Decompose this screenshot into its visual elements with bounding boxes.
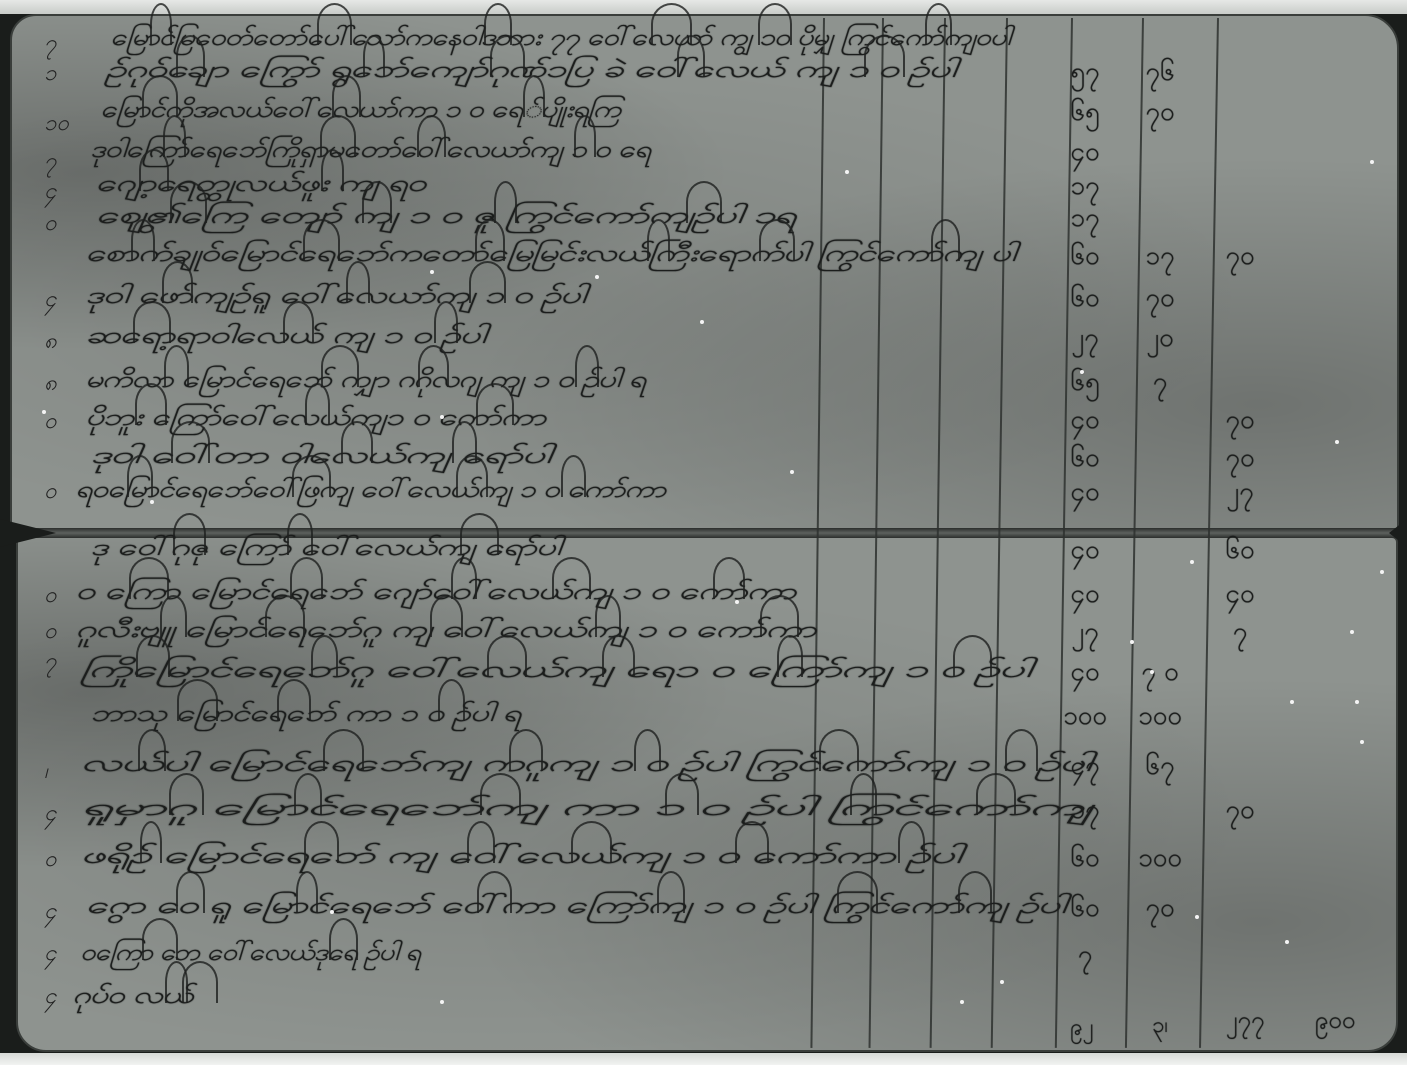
script-loop-stroke bbox=[665, 773, 699, 815]
script-loop-stroke bbox=[647, 219, 670, 261]
script-loop-stroke bbox=[898, 821, 925, 863]
ledger-entry: ဝကြော ဘေ ဝေါ်လေယ်ဒုရေ ဉ်ပါ ရ bbox=[80, 938, 420, 972]
script-loop-stroke bbox=[574, 115, 596, 157]
script-loop-stroke bbox=[430, 595, 463, 637]
script-loop-stroke bbox=[277, 679, 311, 721]
script-loop-stroke bbox=[976, 773, 1016, 815]
entry-amount-col1: ၆၀ bbox=[1055, 280, 1115, 319]
ledger-entry: ဘာသု မြောင်ရေ၁ော် ကာ ၁ ၀ ဉ်ပါ ရ bbox=[90, 699, 520, 733]
entry-amount-col2: ၇၀ bbox=[1130, 94, 1190, 133]
dust-speck bbox=[1355, 700, 1359, 704]
entry-amount-col1: ၄၀ bbox=[1055, 474, 1115, 513]
entry-amount-col3: ၂၇ bbox=[1210, 474, 1270, 513]
script-loop-stroke bbox=[657, 871, 685, 913]
photo-bottom-edge bbox=[0, 1053, 1407, 1065]
entry-handwritten-text: ကြိုမြောင်ရေ၁ော်ဂူ ဝေါ်လေယ်ကျ ရေ၁ ၀ ကြော… bbox=[80, 655, 1030, 689]
entry-amount-col3: ၇၀ bbox=[1210, 238, 1270, 277]
entry-handwritten-text: ဝကြော ဘေ ဝေါ်လေယ်ဒုရေ ဉ်ပါ ရ bbox=[80, 938, 420, 972]
dust-speck bbox=[330, 910, 334, 914]
right-notch bbox=[1389, 519, 1407, 547]
script-loop-stroke bbox=[509, 729, 543, 771]
script-loop-stroke bbox=[290, 557, 323, 599]
entry-handwritten-text: ဂွော ဝေ ရူ မြောင်ရေ၁ော် ဝေါ်ကာ ကြော်ကျ ၁… bbox=[85, 891, 1065, 925]
dust-speck bbox=[1285, 940, 1289, 944]
script-loop-stroke bbox=[456, 455, 488, 497]
margin-mark: ၊ bbox=[44, 756, 47, 789]
script-loop-stroke bbox=[296, 871, 318, 913]
script-loop-stroke bbox=[139, 149, 169, 191]
script-loop-stroke bbox=[182, 961, 218, 1003]
script-loop-stroke bbox=[523, 75, 545, 117]
script-loop-stroke bbox=[136, 635, 170, 677]
script-loop-stroke bbox=[434, 301, 458, 343]
script-loop-stroke bbox=[150, 3, 172, 45]
dust-speck bbox=[595, 275, 599, 279]
margin-mark: ၄ bbox=[44, 284, 56, 317]
script-loop-stroke bbox=[131, 219, 155, 261]
script-loop-stroke bbox=[176, 35, 205, 77]
dust-speck bbox=[1380, 570, 1384, 574]
entry-amount-col3: ၄၀ bbox=[1210, 576, 1270, 615]
entry-amount-col2: ၆၇ bbox=[1130, 748, 1190, 787]
dust-speck bbox=[1080, 370, 1084, 374]
script-loop-stroke bbox=[634, 729, 661, 771]
ledger-entry: ကြိုမြောင်ရေ၁ော်ဂူ ဝေါ်လေယ်ကျ ရေ၁ ၀ ကြော… bbox=[80, 655, 1030, 689]
script-loop-stroke bbox=[487, 635, 527, 677]
entry-amount-col1: ၁၀၀ bbox=[1055, 698, 1115, 737]
script-loop-stroke bbox=[735, 821, 769, 863]
total-col3: ၂၇၇ bbox=[1205, 1004, 1285, 1040]
script-loop-stroke bbox=[819, 729, 859, 771]
ledger-entry: ဂူလီးဗျူ မြောင်ရေ၁ော်ဂူ ကျ ဝေါ်လေယ်ကျ ၁ … bbox=[75, 615, 815, 649]
script-loop-stroke bbox=[305, 383, 330, 425]
entry-handwritten-text: ဖရိုဥ် မြောင်ရေ၁ော် ကျ ဝေါ်လေယ်ကျ ၁ ၀ ကေ… bbox=[80, 841, 960, 875]
dust-speck bbox=[150, 500, 154, 504]
script-loop-stroke bbox=[490, 35, 525, 77]
script-loop-stroke bbox=[953, 635, 992, 677]
entry-amount-col1: ၁၇ bbox=[1055, 200, 1115, 239]
entry-amount-col1: ၆၅ bbox=[1055, 364, 1115, 403]
ledger-entry: ဂွော ဝေ ရူ မြောင်ရေ၁ော် ဝေါ်ကာ ကြော်ကျ ၁… bbox=[85, 891, 1065, 925]
margin-mark: ၇ bbox=[44, 146, 56, 179]
script-loop-stroke bbox=[418, 345, 449, 387]
script-loop-stroke bbox=[480, 773, 521, 815]
entry-amount-col2: ၇၀ bbox=[1130, 890, 1190, 929]
script-loop-stroke bbox=[451, 557, 477, 599]
margin-mark: ၄ bbox=[44, 981, 56, 1014]
margin-mark: ၄ bbox=[44, 176, 56, 209]
dust-speck bbox=[735, 600, 739, 604]
dust-speck bbox=[1335, 440, 1339, 444]
script-loop-stroke bbox=[323, 729, 364, 771]
script-loop-stroke bbox=[287, 513, 313, 555]
entry-amount-col2: ၇၀ bbox=[1130, 280, 1190, 319]
entry-amount-col1: ၆၅ bbox=[1055, 94, 1115, 133]
entry-amount-col1: ၆၀ bbox=[1055, 840, 1115, 879]
script-loop-stroke bbox=[169, 773, 204, 815]
script-loop-stroke bbox=[329, 918, 358, 960]
dust-speck bbox=[1150, 670, 1154, 674]
script-loop-stroke bbox=[304, 821, 339, 863]
script-loop-stroke bbox=[164, 345, 189, 387]
script-loop-stroke bbox=[135, 383, 167, 425]
entry-amount-col1: ၅၇ bbox=[1055, 54, 1115, 93]
script-loop-stroke bbox=[317, 3, 352, 45]
script-loop-stroke bbox=[1005, 729, 1038, 771]
entry-amount-col2: ၇၆ bbox=[1130, 54, 1190, 93]
entry-amount-col2: ၁၇ bbox=[1130, 238, 1190, 277]
script-loop-stroke bbox=[140, 821, 162, 863]
script-loop-stroke bbox=[925, 3, 952, 45]
script-loop-stroke bbox=[129, 557, 169, 599]
script-loop-stroke bbox=[142, 75, 178, 117]
entry-amount-col2: ၇ ၀ bbox=[1130, 654, 1190, 693]
script-loop-stroke bbox=[162, 261, 193, 303]
dust-speck bbox=[440, 415, 444, 419]
entry-amount-col2: ၇ bbox=[1130, 364, 1190, 403]
script-loop-stroke bbox=[931, 219, 960, 261]
script-loop-stroke bbox=[595, 595, 621, 637]
entry-amount-col1: ၇ bbox=[1055, 937, 1115, 976]
entry-amount-col1: ၄၀ bbox=[1055, 402, 1115, 441]
dust-speck bbox=[1195, 915, 1199, 919]
margin-mark: ၀ bbox=[44, 580, 56, 613]
margin-mark: ၁ bbox=[44, 58, 56, 91]
ledger-entry: မကိလာ မြောင်ရေ၁ော် ကျှာ ဂဂိုလဂျ ကျ ၁ ၀ ဉ… bbox=[85, 365, 645, 399]
script-loop-stroke bbox=[332, 75, 361, 117]
script-loop-stroke bbox=[850, 773, 877, 815]
dust-speck bbox=[430, 270, 434, 274]
script-loop-stroke bbox=[341, 421, 373, 463]
script-loop-stroke bbox=[133, 301, 171, 343]
script-loop-stroke bbox=[292, 455, 331, 497]
entry-amount-col1: ၂၇ bbox=[1055, 320, 1115, 359]
script-loop-stroke bbox=[958, 871, 992, 913]
script-loop-stroke bbox=[438, 679, 465, 721]
dust-speck bbox=[1190, 560, 1194, 564]
entry-amount-col1: ၄၀ bbox=[1055, 532, 1115, 571]
script-loop-stroke bbox=[321, 149, 344, 191]
script-loop-stroke bbox=[758, 3, 792, 45]
margin-mark: ၇ bbox=[44, 28, 56, 61]
left-notch bbox=[0, 519, 56, 547]
dust-speck bbox=[440, 1000, 444, 1004]
script-loop-stroke bbox=[571, 821, 612, 863]
script-loop-stroke bbox=[311, 635, 338, 677]
entry-amount-col1: ၄၀ bbox=[1055, 654, 1115, 693]
entry-handwritten-text: စောက်ချုဝ်မြောင်ရေ၁ော်ကတော်မြေမြင်းလယ်ကြ… bbox=[85, 239, 1015, 273]
margin-mark: ၀ bbox=[44, 844, 56, 877]
entry-amount-col3: ၆၀ bbox=[1210, 532, 1270, 571]
entry-amount-col1: ၆၀ bbox=[1055, 238, 1115, 277]
dust-speck bbox=[1290, 700, 1294, 704]
ledger-entry: ရဝမြောင်ရေ၁ော်ဝေါ်ဖြကျ ဝေါ်လေယ်ကျ ၁ ၀ ကေ… bbox=[75, 475, 665, 509]
script-loop-stroke bbox=[469, 261, 506, 303]
script-loop-stroke bbox=[552, 557, 591, 599]
script-loop-stroke bbox=[265, 595, 305, 637]
dust-speck bbox=[1360, 740, 1364, 744]
ledger-entry: ဂုပ်ဝ လယ် bbox=[72, 981, 192, 1015]
margin-mark: ၀ bbox=[44, 208, 56, 241]
margin-mark: ၀ bbox=[44, 616, 56, 649]
script-loop-stroke bbox=[476, 383, 514, 425]
script-loop-stroke bbox=[686, 181, 722, 223]
script-loop-stroke bbox=[321, 345, 359, 387]
script-loop-stroke bbox=[163, 115, 186, 157]
entry-amount-col3: ၇၀ bbox=[1210, 792, 1270, 831]
script-loop-stroke bbox=[837, 871, 878, 913]
script-loop-stroke bbox=[864, 35, 905, 77]
script-loop-stroke bbox=[467, 821, 495, 863]
photo-top-edge bbox=[0, 0, 1407, 14]
total-col4: ၉၀၀ bbox=[1295, 1004, 1375, 1040]
margin-mark: ၄ bbox=[44, 798, 56, 831]
script-loop-stroke bbox=[460, 513, 499, 555]
script-loop-stroke bbox=[173, 513, 206, 555]
dust-speck bbox=[790, 470, 794, 474]
script-loop-stroke bbox=[760, 595, 799, 637]
margin-mark: ၇ bbox=[44, 646, 56, 679]
entry-amount-col1: ၄၀ bbox=[1055, 576, 1115, 615]
script-loop-stroke bbox=[494, 181, 517, 223]
script-loop-stroke bbox=[417, 115, 446, 157]
dust-speck bbox=[1000, 980, 1004, 984]
script-loop-stroke bbox=[777, 635, 803, 677]
script-loop-stroke bbox=[303, 219, 340, 261]
total-col1: ၉၂ bbox=[1052, 1012, 1112, 1045]
ledger-entry: ပိုဘူး ကြော်ဝေါ်လေယ်ကျ၁ ၀ ကော်ကာ bbox=[85, 403, 545, 437]
ledger-entry: ဒုဝါကြော်ရေ၁ော်ကြိုရှာမတော်ဝေါ်လေယာ်ကျ ၁… bbox=[90, 135, 650, 169]
script-loop-stroke bbox=[283, 301, 314, 343]
dust-speck bbox=[1130, 640, 1134, 644]
script-loop-stroke bbox=[602, 635, 635, 677]
script-loop-stroke bbox=[177, 679, 218, 721]
script-loop-stroke bbox=[171, 421, 210, 463]
script-loop-stroke bbox=[713, 557, 745, 599]
margin-mark: ၈ bbox=[44, 368, 57, 401]
entry-amount-col3: ၇၀ bbox=[1210, 402, 1270, 441]
entry-amount-col2: ၁၀၀ bbox=[1130, 840, 1190, 879]
script-loop-stroke bbox=[160, 595, 187, 637]
dust-speck bbox=[700, 320, 704, 324]
script-loop-stroke bbox=[176, 871, 205, 913]
script-loop-stroke bbox=[127, 455, 153, 497]
dust-speck bbox=[960, 1000, 964, 1004]
margin-mark: ၁၀ bbox=[44, 108, 69, 141]
entry-amount-col2: ၂၀ bbox=[1130, 320, 1190, 359]
script-loop-stroke bbox=[138, 729, 166, 771]
entry-amount-col3: ၇ bbox=[1210, 614, 1270, 653]
margin-mark: ၈ bbox=[44, 326, 57, 359]
entry-handwritten-text: လယ်ပါ မြောင်ရေ၁ော်ကျ ကဂူကျ ၁ ၀ ဉ်ပါ ကြွင… bbox=[80, 749, 1090, 783]
script-loop-stroke bbox=[346, 261, 370, 303]
margin-mark: ၀ bbox=[44, 476, 56, 509]
script-loop-stroke bbox=[142, 918, 178, 960]
script-loop-stroke bbox=[561, 455, 586, 497]
dust-speck bbox=[845, 170, 849, 174]
dust-speck bbox=[42, 410, 46, 414]
ledger-entry: စောက်ချုဝ်မြောင်ရေ၁ော်ကတော်မြေမြင်းလယ်ကြ… bbox=[85, 239, 1015, 273]
ledger-entry: ဖရိုဥ် မြောင်ရေ၁ော် ကျ ဝေါ်လေယ်ကျ ၁ ၀ ကေ… bbox=[80, 841, 960, 875]
script-loop-stroke bbox=[677, 35, 705, 77]
script-loop-stroke bbox=[477, 871, 512, 913]
total-col2: ၃၊ bbox=[1130, 1010, 1190, 1043]
script-loop-stroke bbox=[362, 181, 392, 223]
script-loop-stroke bbox=[170, 181, 207, 223]
entry-amount-col1: ၆၀ bbox=[1055, 890, 1115, 929]
dust-speck bbox=[1350, 630, 1354, 634]
script-loop-stroke bbox=[363, 35, 385, 77]
margin-mark: ၄ bbox=[44, 938, 56, 971]
entry-amount-col2: ၁၀၀ bbox=[1130, 698, 1190, 737]
ledger-entry: လယ်ပါ မြောင်ရေ၁ော်ကျ ကဂူကျ ၁ ၀ ဉ်ပါ ကြွင… bbox=[80, 749, 1090, 783]
script-loop-stroke bbox=[475, 219, 505, 261]
entry-amount-col1: ၄၇ bbox=[1055, 748, 1115, 787]
dust-speck bbox=[1370, 160, 1374, 164]
script-loop-stroke bbox=[759, 219, 795, 261]
ledger-entry: ဈွေ၏ကြေ တျော် ကျ ၁ ၀ ဇူ ကြွင်ကော်ကျဉ်ပါ … bbox=[95, 201, 795, 235]
entry-amount-col1: ၂၇ bbox=[1055, 614, 1115, 653]
script-loop-stroke bbox=[294, 773, 322, 815]
margin-mark: ၄ bbox=[44, 896, 56, 929]
script-loop-stroke bbox=[575, 345, 599, 387]
entry-amount-col1: ၁၇ bbox=[1055, 792, 1115, 831]
